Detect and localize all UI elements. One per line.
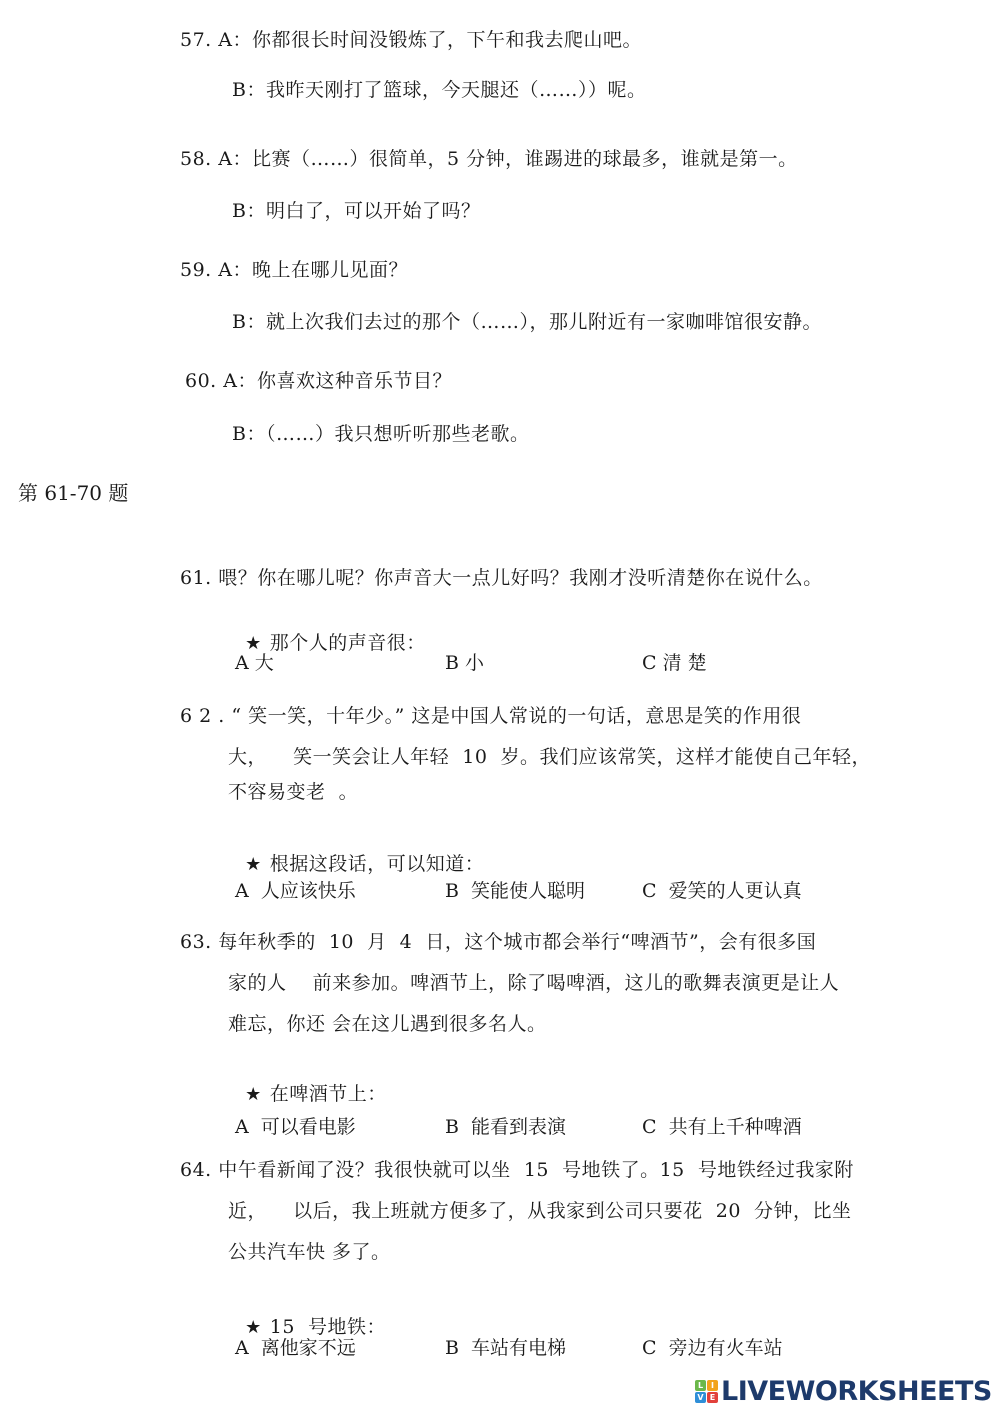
q62-option-b[interactable]: B 笑能使人聪明 xyxy=(445,879,585,903)
q60-line-a: 60. A：你喜欢这种音乐节目？ xyxy=(185,369,452,393)
q59-line-a: 59. A：晚上在哪儿见面？ xyxy=(180,258,408,282)
q62-line-2: 大， 笑一笑会让人年轻 10 岁。我们应该常笑，这样才能使自己年轻， xyxy=(228,745,871,769)
q63-option-b[interactable]: B 能看到表演 xyxy=(445,1115,566,1139)
q63-question: 在啤酒节上： xyxy=(270,1083,387,1105)
q61-text: 61. 喂？你在哪儿呢？你声音大一点儿好吗？我刚才没听清楚你在说什么。 xyxy=(180,566,823,590)
q64-line-2: 近， 以后，我上班就方便多了，从我家到公司只要花 20 分钟，比坐 xyxy=(228,1199,852,1223)
logo-text: LIVEWORKSHEETS xyxy=(721,1376,992,1407)
star-icon: ★ xyxy=(245,854,262,875)
star-icon: ★ xyxy=(245,1317,262,1338)
logo-block-i: I xyxy=(707,1380,718,1391)
q64-option-c[interactable]: C 旁边有火车站 xyxy=(642,1336,783,1360)
q64-option-a[interactable]: A 离他家不远 xyxy=(235,1336,356,1360)
q63-line-3: 难忘，你还 会在这儿遇到很多名人。 xyxy=(228,1012,547,1036)
q58-line-a: 58. A：比赛（……）很简单，5 分钟，谁踢进的球最多，谁就是第一。 xyxy=(180,147,798,171)
logo-block-v: V xyxy=(695,1392,706,1403)
q57-line-b: B：我昨天刚打了篮球，今天腿还（……））呢。 xyxy=(232,78,646,102)
q61-question: 那个人的声音很： xyxy=(270,632,426,654)
q60-line-b: B：（……）我只想听听那些老歌。 xyxy=(232,422,529,446)
q62-option-c[interactable]: C 爱笑的人更认真 xyxy=(642,879,802,903)
q58-line-b: B：明白了，可以开始了吗？ xyxy=(232,199,480,223)
q63-line-2: 家的人 前来参加。啤酒节上，除了喝啤酒，这儿的歌舞表演更是让人 xyxy=(228,971,839,995)
logo-block-l: L xyxy=(695,1380,706,1391)
q62-prompt: ★根据这段话，可以知道： xyxy=(232,828,484,877)
live-blocks-icon: L I V E xyxy=(695,1380,718,1403)
q64-line-1: 64. 中午看新闻了没？我很快就可以坐 15 号地铁了。15 号地铁经过我家附 xyxy=(180,1158,854,1182)
q61-prompt: ★那个人的声音很： xyxy=(232,607,426,656)
q63-option-c[interactable]: C 共有上千种啤酒 xyxy=(642,1115,802,1139)
q64-line-3: 公共汽车快 多了。 xyxy=(228,1240,391,1264)
q57-line-a: 57. A：你都很长时间没锻炼了，下午和我去爬山吧。 xyxy=(180,28,642,52)
q63-option-a[interactable]: A 可以看电影 xyxy=(235,1115,356,1139)
q63-line-1: 63. 每年秋季的 10 月 4 日，这个城市都会举行“啤酒节”，会有很多国 xyxy=(180,930,816,954)
q61-option-a[interactable]: A 大 xyxy=(235,651,274,675)
section-title: 第 61-70 题 xyxy=(18,480,128,506)
q62-question: 根据这段话，可以知道： xyxy=(270,853,485,875)
q59-line-b: B：就上次我们去过的那个（……），那儿附近有一家咖啡馆很安静。 xyxy=(232,310,822,334)
q62-option-a[interactable]: A 人应该快乐 xyxy=(235,879,356,903)
star-icon: ★ xyxy=(245,1084,262,1105)
q61-option-b[interactable]: B 小 xyxy=(445,651,484,675)
q63-prompt: ★在啤酒节上： xyxy=(232,1058,387,1107)
q64-question: 15 号地铁： xyxy=(270,1316,386,1338)
q62-line-3: 不容易变老 。 xyxy=(228,780,358,804)
q64-option-b[interactable]: B 车站有电梯 xyxy=(445,1336,566,1360)
q64-prompt: ★15 号地铁： xyxy=(232,1291,386,1340)
liveworksheets-logo: L I V E LIVEWORKSHEETS xyxy=(695,1375,992,1407)
q61-option-c[interactable]: C 清 楚 xyxy=(642,651,707,675)
q62-line-1: 6 2 . “ 笑一笑，十年少。” 这是中国人常说的一句话，意思是笑的作用很 xyxy=(180,704,801,728)
logo-block-e: E xyxy=(707,1392,718,1403)
